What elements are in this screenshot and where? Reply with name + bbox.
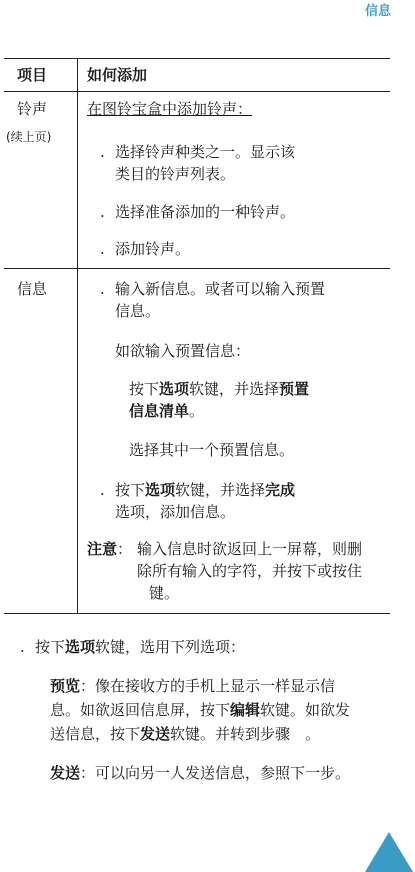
step-text: 按下选项软键，选用下列选项： bbox=[35, 636, 245, 658]
ringtone-intro: 在图铃宝盒中添加铃声： bbox=[87, 98, 252, 120]
option-preview-line2: 息。如欲返回信息屏，按下编辑软键。如欲发 bbox=[50, 699, 350, 721]
table-bottom-rule bbox=[4, 613, 390, 614]
step-text: 添加铃声。 bbox=[115, 238, 190, 260]
row-item-note: (续上页) bbox=[6, 126, 51, 148]
section-title: 信息 bbox=[365, 0, 391, 19]
row-divider bbox=[4, 268, 390, 269]
step-text: 选择准备添加的一种铃声。 bbox=[115, 201, 295, 223]
step-marker: . bbox=[100, 479, 105, 501]
option-preview-line3: 送信息，按下发送软键。并转到步骤 。 bbox=[50, 723, 320, 745]
option-send: 发送：可以向另一人发送信息，参照下一步。 bbox=[50, 762, 350, 784]
step-marker: . bbox=[100, 201, 105, 223]
step-marker: . bbox=[100, 238, 105, 260]
col-header-how: 如何添加 bbox=[87, 64, 147, 86]
note-text: 除所有输入的字符，并按下或按住 bbox=[137, 560, 362, 582]
next-page-triangle-icon[interactable] bbox=[365, 832, 413, 872]
preset-sub-step: 选择其中一个预置信息。 bbox=[129, 439, 294, 461]
step-text: 类目的铃声列表。 bbox=[115, 163, 235, 185]
step-text: 按下选项软键，并选择完成 bbox=[115, 479, 295, 501]
step-text: 信息。 bbox=[115, 300, 160, 322]
preset-intro: 如欲输入预置信息： bbox=[115, 340, 250, 362]
table-header-rule bbox=[4, 91, 390, 92]
table-top-rule bbox=[4, 58, 390, 59]
step-text: 选项，添加信息。 bbox=[115, 501, 235, 523]
step-marker: . bbox=[100, 141, 105, 163]
column-divider bbox=[77, 58, 78, 613]
row-item-message: 信息 bbox=[17, 278, 47, 300]
preset-sub-step: 按下选项软键，并选择预置 bbox=[129, 378, 309, 400]
col-header-item: 项目 bbox=[17, 64, 47, 86]
option-preview: 预览：像在接收方的手机上显示一样显示信 bbox=[50, 675, 335, 697]
step-text: 输入新信息。或者可以输入预置 bbox=[115, 278, 325, 300]
row-item-ringtone: 铃声 bbox=[17, 98, 47, 120]
preset-sub-step-line2: 信息清单。 bbox=[129, 400, 204, 422]
step-marker: . bbox=[20, 636, 25, 658]
step-text: 选择铃声种类之一。显示该 bbox=[115, 141, 295, 163]
note-label: 注意： bbox=[87, 538, 132, 560]
note-text: 输入信息时欲返回上一屏幕，则删 bbox=[137, 538, 362, 560]
note-text: 键。 bbox=[149, 582, 179, 604]
step-marker: . bbox=[100, 278, 105, 300]
